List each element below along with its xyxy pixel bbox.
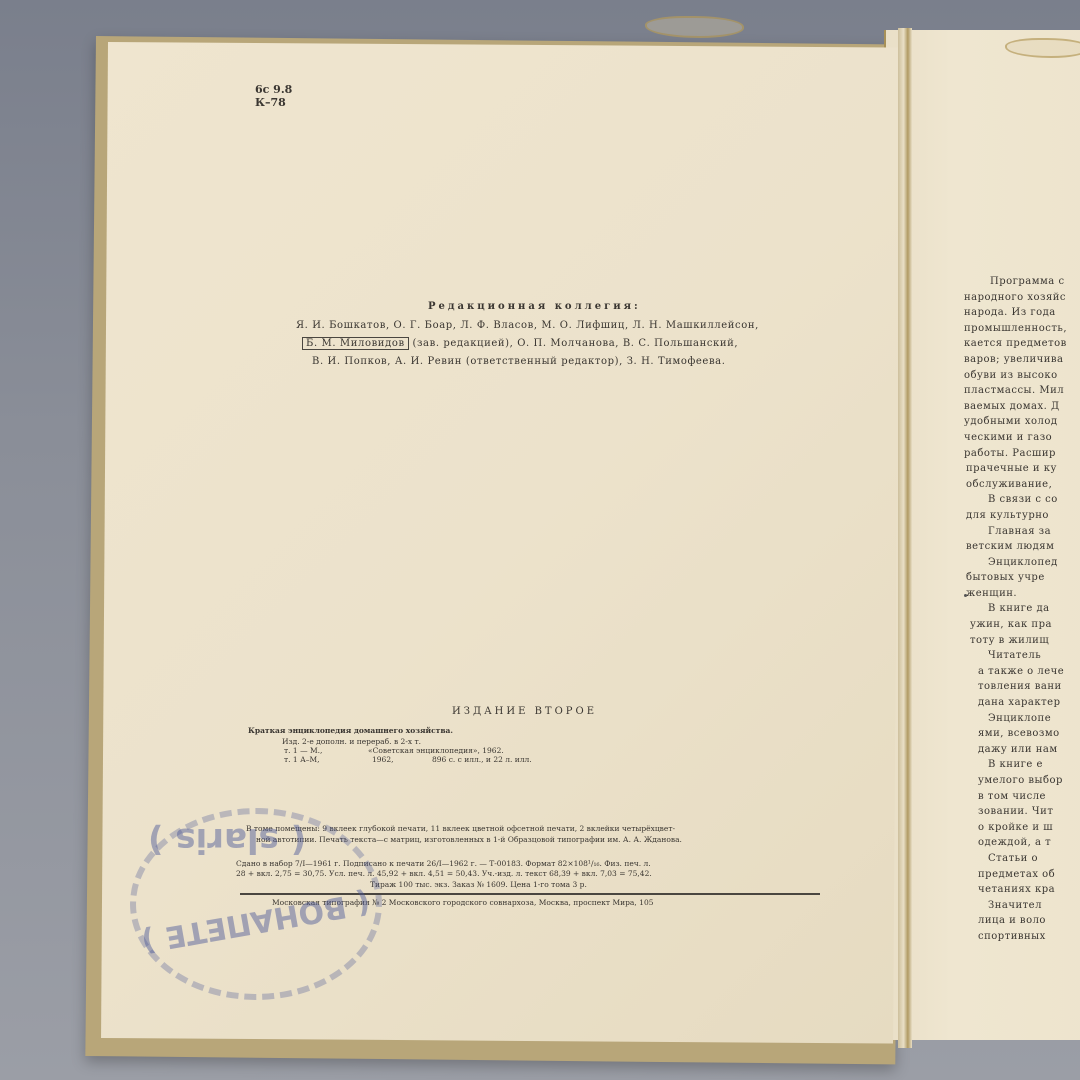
right-page-line: В книге да	[960, 601, 1067, 617]
paper-speck	[964, 594, 967, 597]
water-stain	[645, 16, 744, 38]
right-page-line: В книге е	[960, 757, 1067, 773]
production-line-3: Тираж 100 тыс. экз. Заказ № 1609. Цена 1…	[370, 880, 587, 890]
stamp-text-top: ( slaris )	[148, 820, 306, 860]
right-page-line: работы. Расшир	[960, 446, 1067, 462]
spine-edge	[898, 28, 912, 1048]
right-page-line: ветским людям	[960, 539, 1067, 555]
right-page-line: ужин, как пра	[960, 617, 1067, 633]
right-page-line: обуви из высоко	[960, 368, 1067, 384]
right-page-line: ческими и газо	[960, 430, 1067, 446]
right-page-line: кается предметов	[960, 336, 1067, 352]
right-page-line: четаниях кра	[960, 882, 1067, 898]
right-page-line: Энциклопед	[960, 555, 1067, 571]
right-page-line: ями, всевозмо	[960, 726, 1067, 742]
right-page-line: пластмассы. Мил	[960, 383, 1067, 399]
editorial-head-name: Б. М. Миловидов	[302, 337, 409, 350]
library-stamp: ( slaris ) ( ВОНАПЕТЕ )	[130, 808, 380, 998]
bibliographic-title: Краткая энциклопедия домашнего хозяйства…	[248, 726, 453, 736]
edition-label: ИЗДАНИЕ ВТОРОЕ	[452, 706, 597, 717]
bibliographic-line-3c: 896 с. с илл., и 22 л. илл.	[432, 755, 532, 765]
right-page-line: ваемых домах. Д	[960, 399, 1067, 415]
right-page-line: в том числе	[960, 789, 1067, 805]
right-page-line: умелого выбор	[960, 773, 1067, 789]
catalog-code-1: 6с 9.8	[255, 83, 292, 96]
bibliographic-line-3a: т. 1 А–М,	[284, 755, 320, 765]
catalog-code-2: К–78	[255, 96, 286, 109]
right-page-line: зовании. Чит	[960, 804, 1067, 820]
right-page-line: товления вани	[960, 679, 1067, 695]
right-page-line: Статьи о	[960, 851, 1067, 867]
right-page-line: лица и воло	[960, 913, 1067, 929]
right-page-line: для культурно	[960, 508, 1067, 524]
right-page-line: Главная за	[960, 524, 1067, 540]
right-page-text: Программа снародного хозяйснарода. Из го…	[960, 274, 1067, 945]
right-page-line: дажу или нам	[960, 742, 1067, 758]
right-page-line: бытовых учре	[960, 570, 1067, 586]
right-page-line: народного хозяйс	[960, 290, 1067, 306]
editorial-board-title: Редакционная коллегия:	[428, 301, 641, 312]
right-page-line: предметах об	[960, 867, 1067, 883]
right-page-line: дана характер	[960, 695, 1067, 711]
right-page-line: Программа с	[960, 274, 1067, 290]
right-page-line: Читатель	[960, 648, 1067, 664]
right-page-line: Значител	[960, 898, 1067, 914]
right-page-line: спортивных	[960, 929, 1067, 945]
editorial-board-line-2: Б. М. Миловидов (зав. редакцией), О. П. …	[302, 338, 738, 349]
right-page-line: а также о лече	[960, 664, 1067, 680]
editorial-board-line-2-rest: (зав. редакцией), О. П. Молчанова, В. С.…	[412, 338, 738, 349]
right-page-line: женщин.	[960, 586, 1067, 602]
right-page-line: Энциклопе	[960, 711, 1067, 727]
right-page-line: промышленность,	[960, 321, 1067, 337]
editorial-board-line-1: Я. И. Бошкатов, О. Г. Боар, Л. Ф. Власов…	[296, 320, 759, 331]
right-page-line: о кройке и ш	[960, 820, 1067, 836]
right-page-line: В связи с со	[960, 492, 1067, 508]
editorial-board-line-3: В. И. Попков, А. И. Ревин (ответственный…	[312, 356, 726, 367]
right-page-line: тоту в жилищ	[960, 633, 1067, 649]
right-page-line: обслуживание,	[960, 477, 1067, 493]
bibliographic-line-3b: 1962,	[372, 755, 393, 765]
right-page-line: прачечные и ку	[960, 461, 1067, 477]
right-page-line: народа. Из года	[960, 305, 1067, 321]
right-page-line: удобными холод	[960, 414, 1067, 430]
right-page-line: одеждой, а т	[960, 835, 1067, 851]
right-page-line: варов; увеличива	[960, 352, 1067, 368]
